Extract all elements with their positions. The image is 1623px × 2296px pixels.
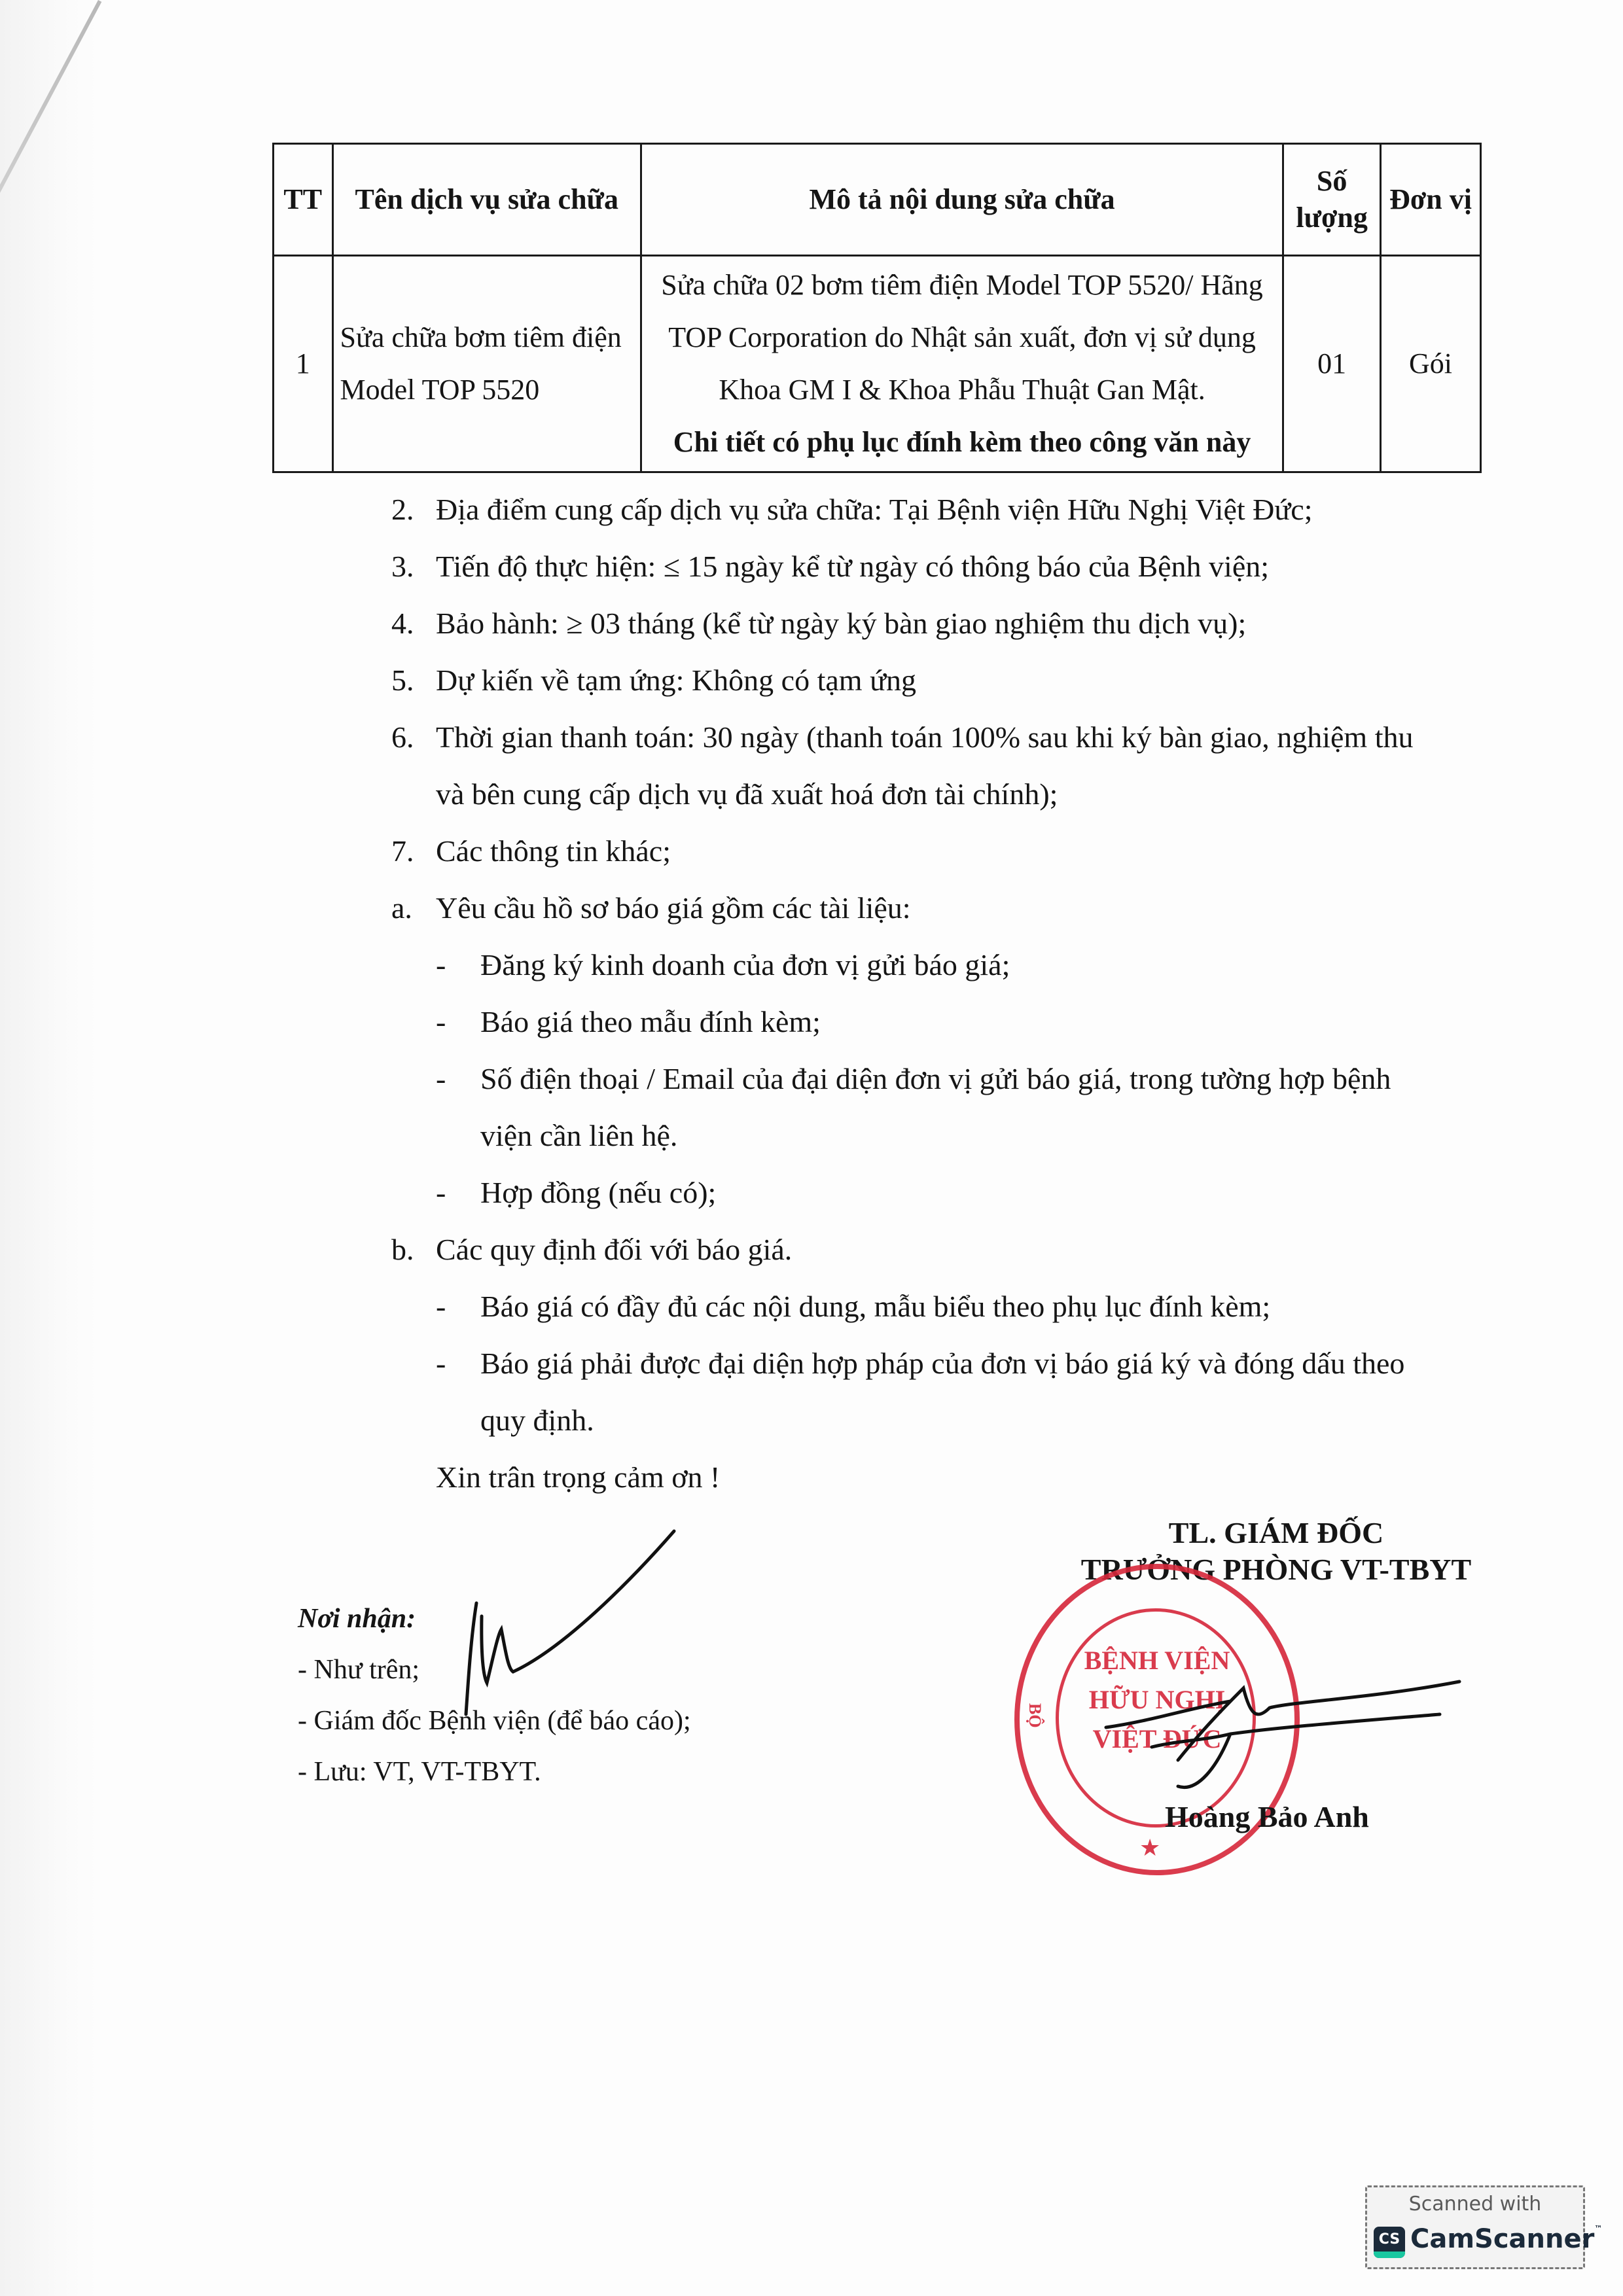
bullet-dash: - xyxy=(436,1164,480,1221)
item-text: Địa điểm cung cấp dịch vụ sửa chữa: Tại … xyxy=(436,493,1313,526)
star-icon: ★ xyxy=(1139,1834,1160,1862)
list-item: 3.Tiến độ thực hiện: ≤ 15 ngày kể từ ngà… xyxy=(391,538,1491,595)
item-number: 5. xyxy=(391,652,436,709)
list-item: 2.Địa điểm cung cấp dịch vụ sửa chữa: Tạ… xyxy=(391,481,1491,538)
stamp-line: VIỆT ĐỨC xyxy=(1020,1720,1294,1759)
list-item: 5.Dự kiến về tạm ứng: Không có tạm ứng xyxy=(391,652,1491,709)
brand-text: CamScanner xyxy=(1410,2224,1594,2254)
item-number: 4. xyxy=(391,595,436,652)
item-number: 2. xyxy=(391,481,436,538)
list-item: 6.Thời gian thanh toán: 30 ngày (thanh t… xyxy=(391,709,1491,766)
repair-services-table: TT Tên dịch vụ sửa chữa Mô tả nội dung s… xyxy=(272,143,1482,473)
bullet-item: -Báo giá phải được đại diện hợp pháp của… xyxy=(391,1335,1491,1392)
item-text: Bảo hành: ≥ 03 tháng (kể từ ngày ký bàn … xyxy=(436,607,1246,640)
stamp-text: BỆNH VIỆN HỮU NGHỊ VIỆT ĐỨC xyxy=(1020,1641,1294,1759)
description-line: Khoa GM I & Khoa Phẫu Thuật Gan Mật. xyxy=(649,364,1275,416)
bullet-text: Hợp đồng (nếu có); xyxy=(480,1176,716,1209)
header-service-name: Tên dịch vụ sửa chữa xyxy=(332,144,641,256)
item-number: 7. xyxy=(391,822,436,879)
bullet-continuation: quy định. xyxy=(391,1392,1491,1449)
bullet-text: Số điện thoại / Email của đại diện đơn v… xyxy=(480,1062,1391,1095)
table-header-row: TT Tên dịch vụ sửa chữa Mô tả nội dung s… xyxy=(274,144,1481,256)
section-title: Các quy định đối với báo giá. xyxy=(436,1233,792,1266)
watermark-caption: Scanned with xyxy=(1367,2193,1583,2216)
list-item: 7.Các thông tin khác; xyxy=(391,822,1491,879)
recipients-block: Nơi nhận: - Như trên; - Giám đốc Bệnh vi… xyxy=(298,1593,691,1797)
bullet-text: Báo giá theo mẫu đính kèm; xyxy=(480,1005,821,1038)
recipient-line: - Như trên; xyxy=(298,1644,691,1695)
description-line: TOP Corporation do Nhật sản xuất, đơn vị… xyxy=(649,311,1275,364)
header-unit: Đơn vị xyxy=(1381,144,1481,256)
cell-quantity: 01 xyxy=(1283,256,1381,472)
item-number: 6. xyxy=(391,709,436,766)
bullet-dash: - xyxy=(436,1335,480,1392)
service-name-line: Model TOP 5520 xyxy=(340,364,633,416)
stamp-line: HỮU NGHỊ xyxy=(1020,1680,1294,1720)
watermark-brand: CamScanner™ xyxy=(1410,2224,1602,2254)
table-row: 1 Sửa chữa bơm tiêm điện Model TOP 5520 … xyxy=(274,256,1481,472)
section-label: a. xyxy=(391,879,436,936)
bullet-text: Báo giá phải được đại diện hợp pháp của … xyxy=(480,1347,1404,1380)
bullet-item: -Hợp đồng (nếu có); xyxy=(391,1164,1491,1221)
bullet-dash: - xyxy=(436,1050,480,1107)
list-item: 4.Bảo hành: ≥ 03 tháng (kể từ ngày ký bà… xyxy=(391,595,1491,652)
cell-tt: 1 xyxy=(274,256,333,472)
bullet-item: -Đăng ký kinh doanh của đơn vị gửi báo g… xyxy=(391,936,1491,993)
section-label: b. xyxy=(391,1221,436,1278)
bullet-item: -Báo giá có đầy đủ các nội dung, mẫu biể… xyxy=(391,1278,1491,1335)
bullet-item: -Báo giá theo mẫu đính kèm; xyxy=(391,993,1491,1050)
bullet-continuation: viện cần liên hệ. xyxy=(391,1107,1491,1164)
item-text: Tiến độ thực hiện: ≤ 15 ngày kể từ ngày … xyxy=(436,550,1269,583)
bullet-dash: - xyxy=(436,993,480,1050)
section-title: Yêu cầu hồ sơ báo giá gồm các tài liệu: xyxy=(436,891,911,925)
bullet-text: Báo giá có đầy đủ các nội dung, mẫu biểu… xyxy=(480,1290,1270,1323)
scan-edge xyxy=(0,0,98,2296)
signature-title-line1: TL. GIÁM ĐỐC xyxy=(1060,1515,1492,1551)
bullet-dash: - xyxy=(436,1278,480,1335)
bullet-item: -Số điện thoại / Email của đại diện đơn … xyxy=(391,1050,1491,1107)
header-description: Mô tả nội dung sửa chữa xyxy=(641,144,1283,256)
list-item-continuation: và bên cung cấp dịch vụ đã xuất hoá đơn … xyxy=(391,766,1491,822)
stamp-line: BỆNH VIỆN xyxy=(1020,1641,1294,1680)
item-number: 3. xyxy=(391,538,436,595)
section-a-heading: a.Yêu cầu hồ sơ báo giá gồm các tài liệu… xyxy=(391,879,1491,936)
camscanner-watermark: Scanned with CS CamScanner™ xyxy=(1365,2185,1585,2269)
cell-service-name: Sửa chữa bơm tiêm điện Model TOP 5520 xyxy=(332,256,641,472)
signer-name: Hoàng Bảo Anh xyxy=(1165,1799,1369,1834)
recipient-line: - Lưu: VT, VT-TBYT. xyxy=(298,1746,691,1797)
recipients-heading: Nơi nhận: xyxy=(298,1593,691,1644)
service-name-line: Sửa chữa bơm tiêm điện xyxy=(340,311,633,364)
item-text: Dự kiến về tạm ứng: Không có tạm ứng xyxy=(436,663,916,697)
closing-text: Xin trân trọng cảm ơn ! xyxy=(391,1449,1491,1506)
recipient-line: - Giám đốc Bệnh viện (để báo cáo); xyxy=(298,1695,691,1746)
description-line: Sửa chữa 02 bơm tiêm điện Model TOP 5520… xyxy=(649,259,1275,311)
description-note: Chi tiết có phụ lục đính kèm theo công v… xyxy=(649,416,1275,468)
camscanner-logo-icon: CS xyxy=(1374,2227,1405,2258)
header-tt: TT xyxy=(274,144,333,256)
stamp-side-text: BỘ xyxy=(1025,1703,1044,1728)
section-b-heading: b.Các quy định đối với báo giá. xyxy=(391,1221,1491,1278)
item-text: Các thông tin khác; xyxy=(436,834,671,868)
bullet-text: Đăng ký kinh doanh của đơn vị gửi báo gi… xyxy=(480,948,1010,981)
cell-unit: Gói xyxy=(1381,256,1481,472)
trademark-symbol: ™ xyxy=(1594,2224,1602,2233)
item-text: Thời gian thanh toán: 30 ngày (thanh toá… xyxy=(436,720,1414,754)
cell-description: Sửa chữa 02 bơm tiêm điện Model TOP 5520… xyxy=(641,256,1283,472)
header-quantity: Số lượng xyxy=(1283,144,1381,256)
bullet-dash: - xyxy=(436,936,480,993)
document-body: 2.Địa điểm cung cấp dịch vụ sửa chữa: Tạ… xyxy=(391,481,1491,1506)
